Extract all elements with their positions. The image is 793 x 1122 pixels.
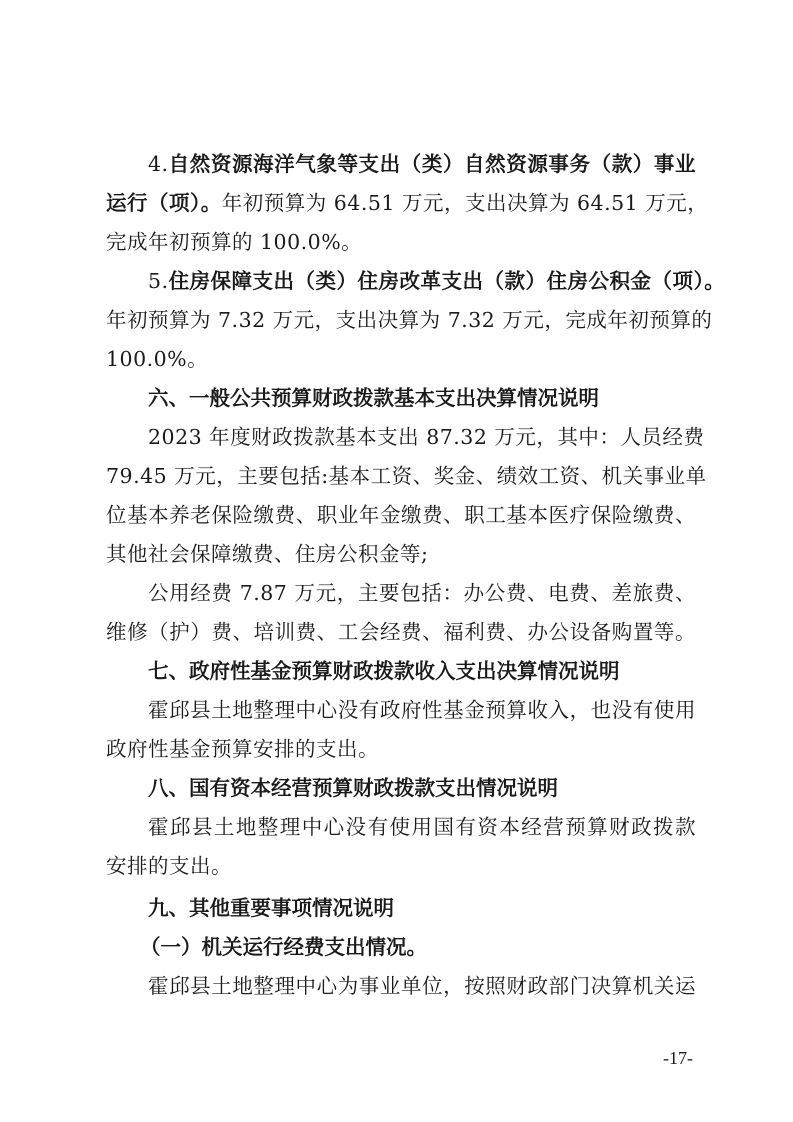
item-4-title: 自然资源海洋气象等支出（类）自然资源事务（款）事业 (169, 152, 696, 176)
item-4-title-cont: 运行（项）。 (106, 191, 222, 215)
section-6-p2-line-2: 维修（护）费、培训费、工会经费、福利费、办公设备购置等。 (106, 617, 696, 647)
section-8-p1-line-2: 安排的支出。 (106, 851, 696, 881)
item-5-line-3: 100.0%。 (106, 344, 696, 374)
item-5-line-2: 年初预算为 7.32 万元，支出决算为 7.32 万元，完成年初预算的 (106, 305, 696, 335)
section-6-p1-line-1: 2023 年度财政拨款基本支出 87.32 万元，其中：人员经费 (148, 422, 696, 452)
section-7-p1-line-1: 霍邱县土地整理中心没有政府性基金预算收入，也没有使用 (148, 695, 696, 725)
item-5-title: 住房保障支出（类）住房改革支出（款）住房公积金（项）。 (169, 269, 726, 293)
section-6-p1-line-3: 位基本养老保险缴费、职业年金缴费、职工基本医疗保险缴费、 (106, 500, 696, 530)
item-4-line-3: 完成年初预算的 100.0%。 (106, 227, 696, 257)
section-7-p1-line-2: 政府性基金预算安排的支出。 (106, 734, 696, 764)
item-4-prefix: 4. (148, 152, 169, 176)
section-8-p1-line-1: 霍邱县土地整理中心没有使用国有资本经营预算财政拨款 (148, 812, 696, 842)
item-5-line-1: 5.住房保障支出（类）住房改革支出（款）住房公积金（项）。 (148, 266, 696, 296)
section-9-p1-line-1: 霍邱县土地整理中心为事业单位，按照财政部门决算机关运 (148, 971, 696, 1001)
document-page: 4.自然资源海洋气象等支出（类）自然资源事务（款）事业 运行（项）。年初预算为 … (0, 0, 793, 1122)
section-9-subheading: （一）机关运行经费支出情况。 (140, 932, 688, 962)
item-4-text: 年初预算为 64.51 万元，支出决算为 64.51 万元， (222, 191, 708, 215)
item-5-prefix: 5. (148, 269, 169, 293)
page-number: -17- (663, 1048, 693, 1069)
section-7-heading: 七、政府性基金预算财政拨款收入支出决算情况说明 (148, 656, 696, 686)
item-4-line-2: 运行（项）。年初预算为 64.51 万元，支出决算为 64.51 万元， (106, 188, 696, 218)
section-6-p1-line-4: 其他社会保障缴费、住房公积金等; (106, 539, 696, 569)
section-9-heading: 九、其他重要事项情况说明 (148, 893, 696, 923)
section-6-p1-line-2: 79.45 万元，主要包括:基本工资、奖金、绩效工资、机关事业单 (106, 461, 696, 491)
section-6-p2-line-1: 公用经费 7.87 万元，主要包括：办公费、电费、差旅费、 (148, 578, 696, 608)
section-8-heading: 八、国有资本经营预算财政拨款支出情况说明 (148, 773, 696, 803)
section-6-heading: 六、一般公共预算财政拨款基本支出决算情况说明 (148, 383, 696, 413)
item-4-line-1: 4.自然资源海洋气象等支出（类）自然资源事务（款）事业 (148, 149, 696, 179)
